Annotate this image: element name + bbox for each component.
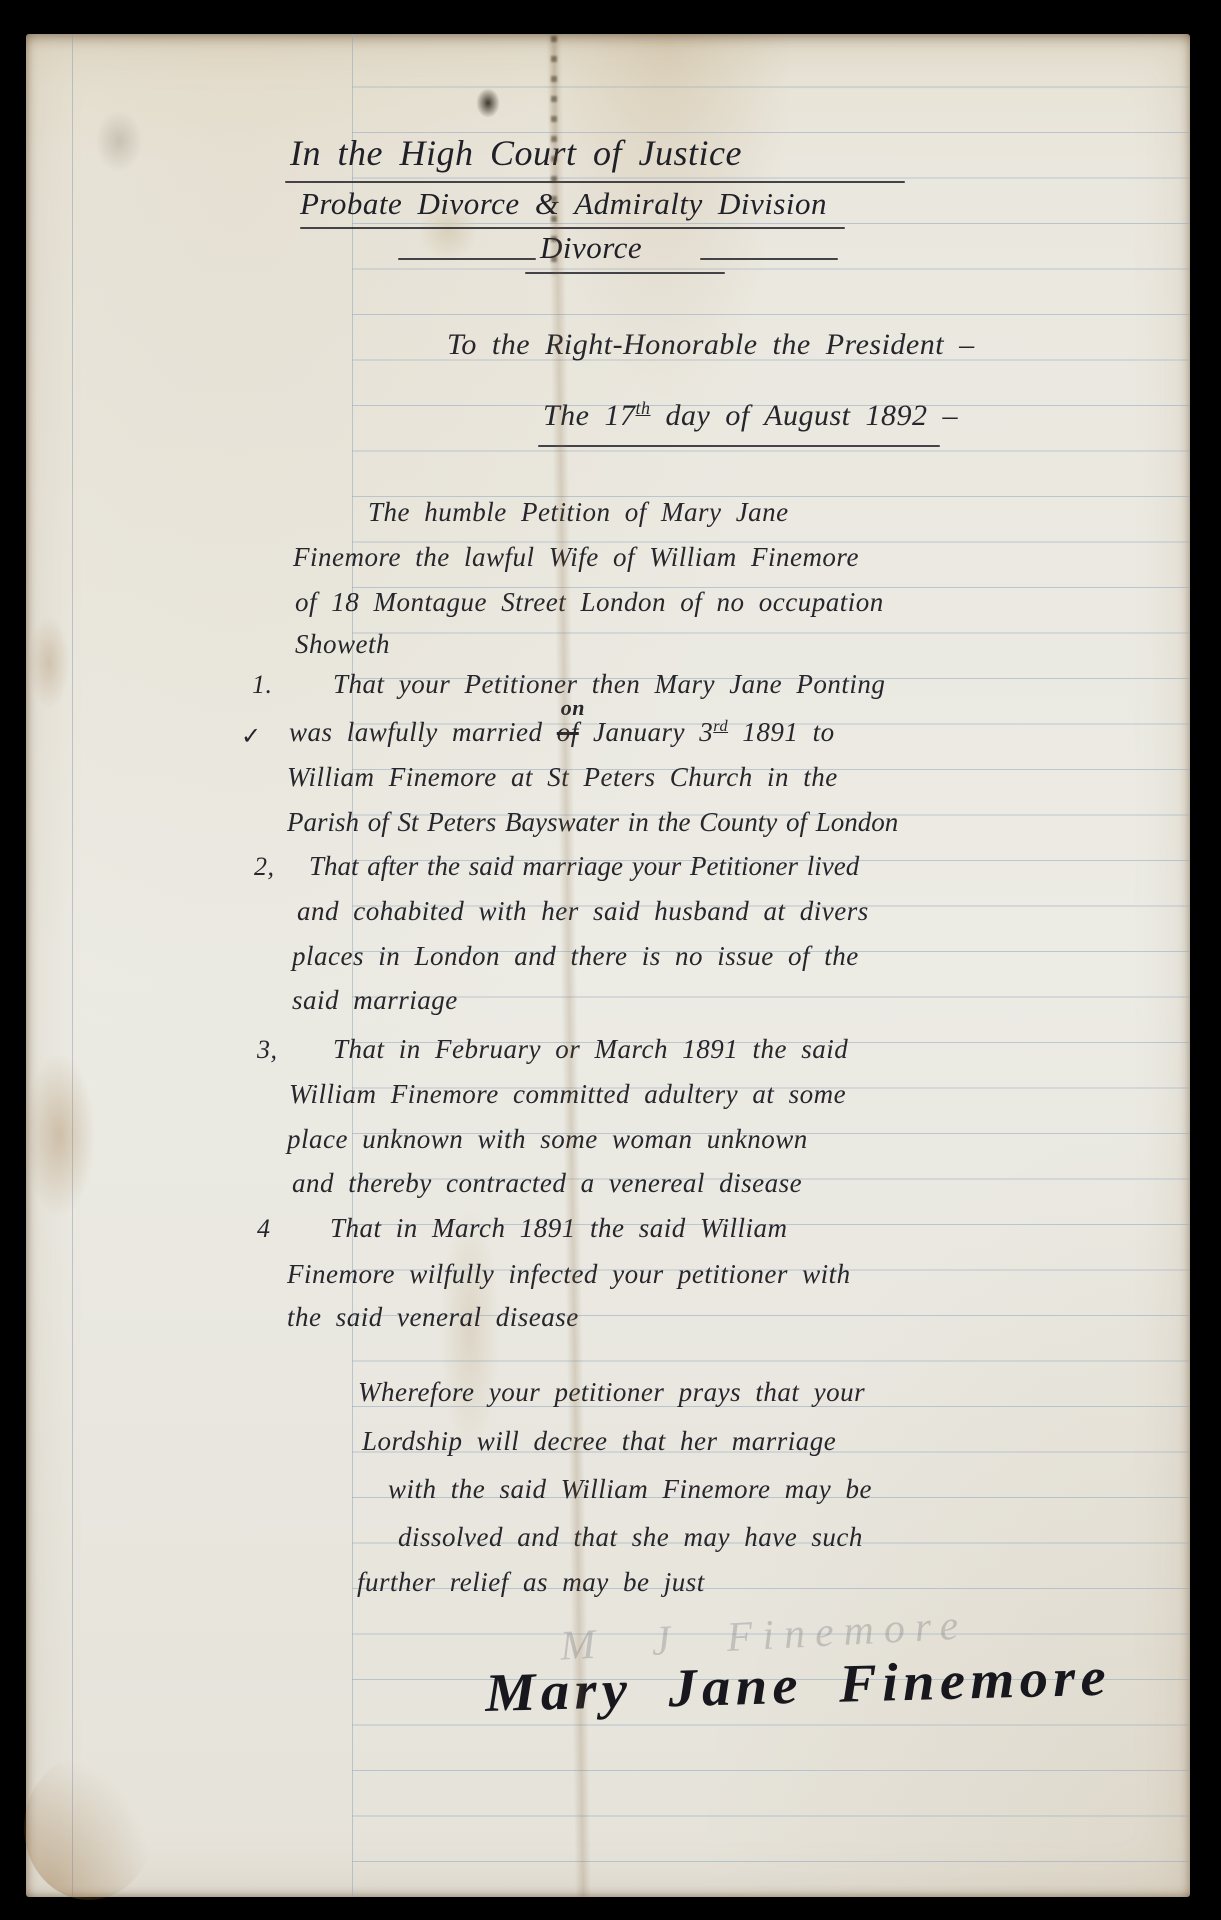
scanned-document-page: In the High Court of Justice Probate Div… — [0, 0, 1221, 1920]
item-1-date-superscript: rd — [713, 717, 728, 735]
prayer-line3: with the said William Finemore may be — [388, 1474, 872, 1505]
divider-dash-left — [398, 258, 536, 260]
date-post: day of August 1892 – — [666, 399, 958, 432]
date-superscript: th — [636, 398, 651, 418]
item-2-line4: said marriage — [292, 985, 458, 1016]
item-1-line4: Parish of St Peters Bayswater in the Cou… — [287, 807, 898, 838]
header-underline-1 — [285, 181, 905, 183]
item-1-line2-mid: January 3 — [593, 717, 713, 747]
item-1-number: 1. — [252, 670, 273, 700]
item-3-number: 3, — [257, 1035, 278, 1065]
header-underline-2 — [300, 227, 845, 229]
intro-line1: The humble Petition of Mary Jane — [368, 497, 789, 528]
prayer-line1: Wherefore your petitioner prays that you… — [358, 1377, 865, 1408]
item-1-line2-post: 1891 to — [742, 717, 834, 747]
date-underline — [538, 445, 940, 447]
item-3-line4: and thereby contracted a venereal diseas… — [292, 1168, 802, 1199]
item-2-line1: That after the said marriage your Petiti… — [309, 851, 859, 882]
prayer-line5: further relief as may be just — [357, 1567, 705, 1598]
divider-dash-right — [700, 258, 838, 260]
salutation-line: To the Right-Honorable the President – — [447, 328, 975, 362]
item-4-line3: the said veneral disease — [287, 1302, 579, 1333]
intro-line3: of 18 Montague Street London of no occup… — [295, 587, 884, 618]
date-line: The 17th day of August 1892 – — [543, 398, 958, 433]
item-2-number: 2, — [254, 852, 275, 882]
item-4-line1: That in March 1891 the said William — [330, 1213, 788, 1244]
item-4-number: 4 — [257, 1214, 271, 1244]
fold-crease-dirt — [551, 36, 557, 276]
prayer-line2: Lordship will decree that her marriage — [362, 1426, 836, 1457]
prayer-line4: dissolved and that she may have such — [398, 1522, 863, 1553]
page-background: { "colors": { "background": "#000000", "… — [0, 0, 1221, 1920]
item-2-line2: and cohabited with her said husband at d… — [297, 896, 869, 927]
item-1-line2-pre: was lawfully married — [289, 717, 543, 747]
item-1-line1: That your Petitioner then Mary Jane Pont… — [333, 669, 885, 700]
ink-dirt-blob — [476, 88, 500, 118]
intro-line2: Finemore the lawful Wife of William Fine… — [293, 542, 859, 573]
item-3-line3: place unknown with some woman unknown — [287, 1124, 808, 1155]
item-3-line1: That in February or March 1891 the said — [333, 1034, 848, 1065]
item-1-margin-checkmark: ✓ — [241, 722, 262, 751]
intro-line4: Showeth — [295, 629, 390, 660]
left-margin-line — [72, 34, 73, 1897]
court-header-line1: In the High Court of Justice — [290, 132, 742, 174]
